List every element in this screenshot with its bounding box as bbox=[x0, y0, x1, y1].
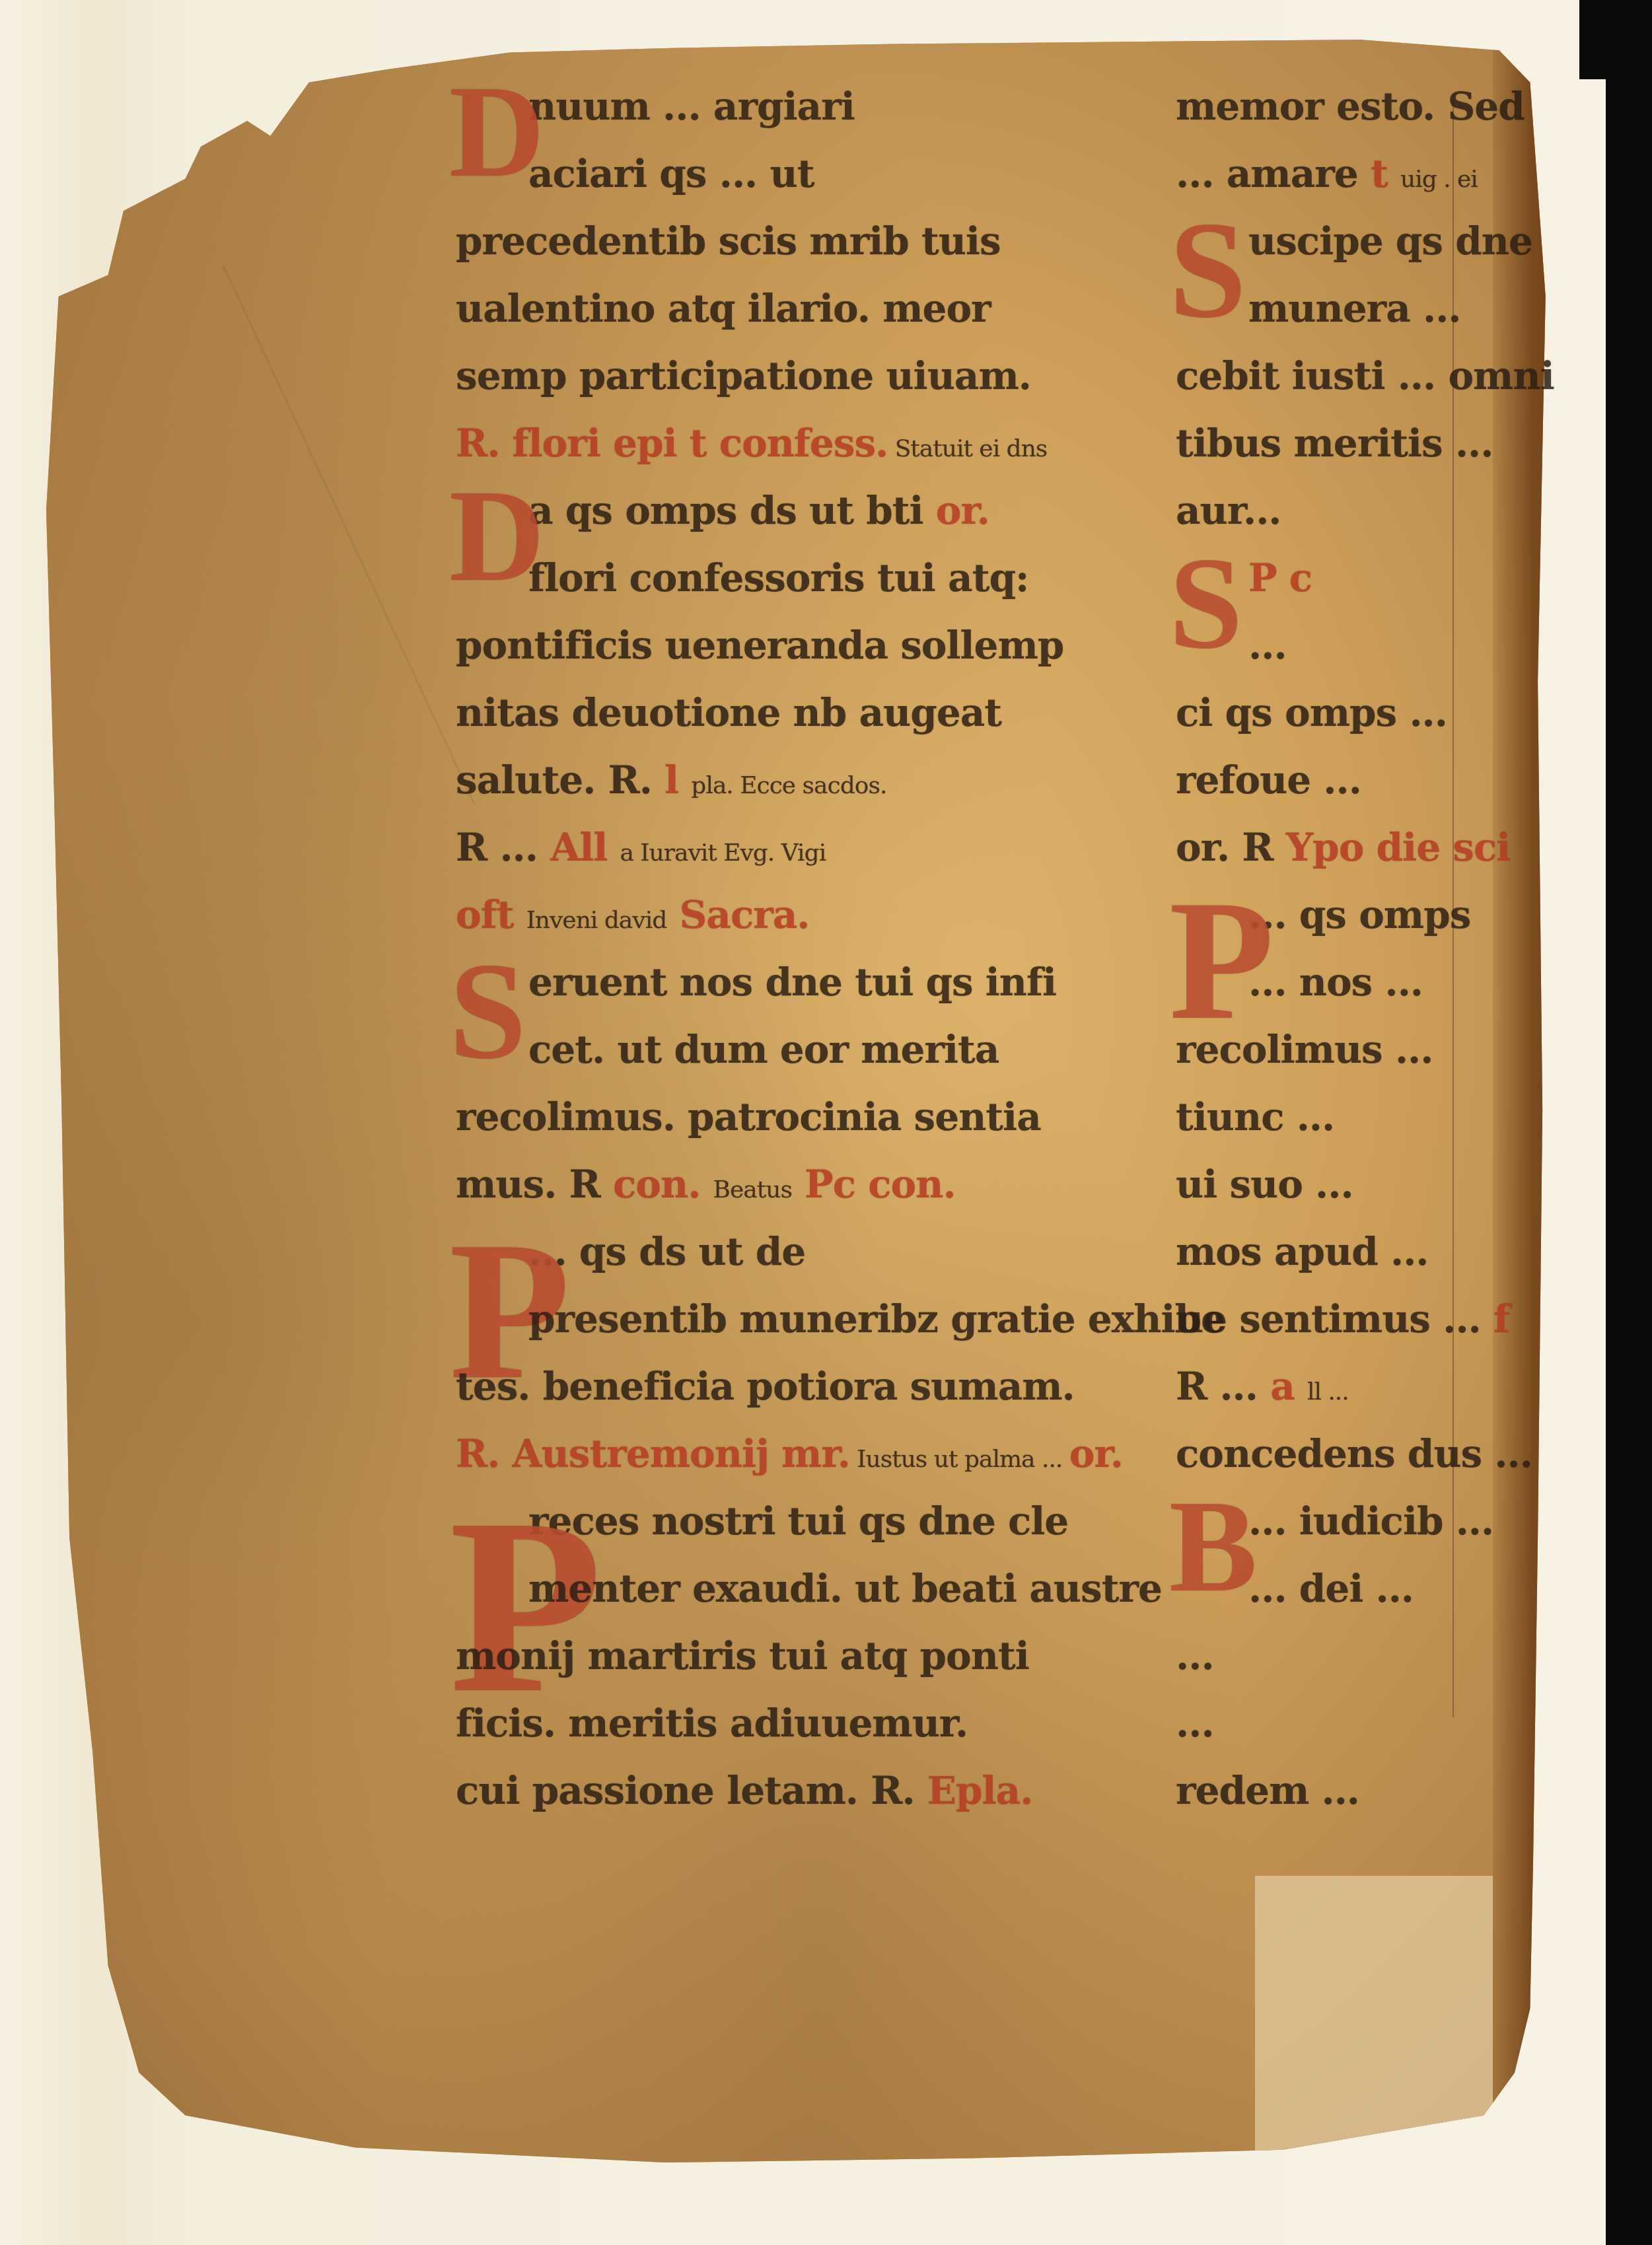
text-line: tibus meritis ... bbox=[1176, 410, 1546, 477]
line-text: ui suo ... bbox=[1176, 1162, 1353, 1207]
line-text: R ... bbox=[456, 825, 550, 870]
incipit-text: uig . ei bbox=[1400, 166, 1478, 193]
line-text: cebit iusti ... omni bbox=[1176, 353, 1554, 398]
text-line: ... bbox=[1176, 1622, 1546, 1690]
rubric-mark: l bbox=[664, 758, 691, 802]
text-line: aciari qs ... ut bbox=[456, 140, 1063, 207]
text-line: memor esto. Sed bbox=[1176, 73, 1546, 140]
line-text: precedentib scis mrib tuis bbox=[456, 219, 1001, 264]
incipit-text: pla. Ecce sacdos. bbox=[691, 772, 886, 799]
text-line: menter exaudi. ut beati austre bbox=[456, 1555, 1063, 1622]
rubric-mark: All bbox=[550, 825, 620, 870]
dark-backdrop-corner bbox=[1579, 0, 1652, 79]
text-line: monij martiris tui atq ponti bbox=[456, 1622, 1063, 1690]
text-line: ui suo ... bbox=[1176, 1151, 1546, 1218]
rubric-mark: Epla. bbox=[927, 1768, 1033, 1813]
rubric-mark: P c bbox=[1248, 555, 1312, 600]
line-text: nuum ... argiari bbox=[528, 84, 855, 129]
text-line: recolimus ... bbox=[1176, 1016, 1546, 1083]
text-line: ci qs omps ... bbox=[1176, 679, 1546, 746]
line-text: ... iudicib ... bbox=[1248, 1499, 1493, 1544]
text-line: ... bbox=[1176, 612, 1546, 679]
line-text: aur... bbox=[1176, 488, 1281, 533]
text-line: mos apud ... bbox=[1176, 1218, 1546, 1285]
text-line: R ... a ll ... bbox=[1176, 1353, 1546, 1420]
rubric-mark: a bbox=[1270, 1364, 1307, 1409]
text-line: reces nostri tui qs dne cleP bbox=[456, 1487, 1063, 1555]
rubric-mark: f bbox=[1481, 1297, 1509, 1341]
line-text: recolimus ... bbox=[1176, 1027, 1433, 1072]
line-text: memor esto. Sed bbox=[1176, 84, 1525, 129]
text-line: ualentino atq ilario. meor bbox=[456, 275, 1063, 342]
line-text: or. R bbox=[1176, 825, 1286, 870]
line-text: concedens dus ... bbox=[1176, 1431, 1532, 1476]
line-text: tibus meritis ... bbox=[1176, 421, 1493, 466]
line-text: aciari qs ... ut bbox=[528, 151, 814, 196]
text-line: presentib muneribz gratie exhibe bbox=[456, 1285, 1063, 1353]
text-line: ue sentimus ... f bbox=[1176, 1285, 1546, 1353]
line-text: R ... bbox=[1176, 1364, 1270, 1409]
line-text: mus. R bbox=[456, 1162, 613, 1207]
text-line: recolimus. patrocinia sentia bbox=[456, 1083, 1063, 1151]
line-text: mos apud ... bbox=[1176, 1229, 1429, 1274]
text-line: salute. R. l pla. Ecce sacdos. bbox=[456, 746, 1063, 814]
line-text: munera ... bbox=[1248, 286, 1461, 331]
text-line: semp participatione uiuam. bbox=[456, 342, 1063, 410]
incipit-text: ll ... bbox=[1307, 1378, 1349, 1406]
rubric-mark: Sacra. bbox=[666, 892, 809, 937]
line-text: redem ... bbox=[1176, 1768, 1359, 1813]
text-line: precedentib scis mrib tuis bbox=[456, 207, 1063, 275]
text-line: nitas deuotione nb augeat bbox=[456, 679, 1063, 746]
line-text: ... bbox=[1248, 623, 1287, 668]
rubric-mark: or. bbox=[923, 488, 989, 533]
text-line: flori confessoris tui atq: bbox=[456, 544, 1063, 612]
text-line: ... qs ds ut deP bbox=[456, 1218, 1063, 1285]
text-line: cebit iusti ... omni bbox=[1176, 342, 1546, 410]
text-line: cet. ut dum eor merita bbox=[456, 1016, 1063, 1083]
rubric-mark: con. bbox=[613, 1162, 713, 1207]
incipit-text: a Iuravit Evg. Vigi bbox=[620, 839, 826, 867]
rubric-mark: oft bbox=[456, 892, 526, 937]
text-line: nuum ... argiariD bbox=[456, 73, 1063, 140]
line-text: tiunc ... bbox=[1176, 1094, 1334, 1139]
rubric-mark: Ypo die sci bbox=[1286, 825, 1511, 870]
right-text-column: memor esto. Sed... amare t uig . eiuscip… bbox=[1176, 73, 1546, 1824]
incipit-text: Inveni david bbox=[526, 907, 667, 934]
line-text: menter exaudi. ut beati austre bbox=[528, 1566, 1162, 1611]
line-text: presentib muneribz gratie exhibe bbox=[528, 1297, 1225, 1341]
text-line: P cS bbox=[1176, 544, 1546, 612]
line-text: eruent nos dne tui qs infi bbox=[528, 960, 1056, 1005]
text-line: redem ... bbox=[1176, 1757, 1546, 1824]
text-line: pontificis ueneranda sollemp bbox=[456, 612, 1063, 679]
line-text: ... dei ... bbox=[1248, 1566, 1414, 1611]
incipit-text: Statuit ei dns bbox=[888, 435, 1047, 462]
incipit-text: Beatus bbox=[713, 1176, 792, 1203]
rubric-mark: t bbox=[1358, 151, 1400, 196]
text-line: cui passione letam. R. Epla. bbox=[456, 1757, 1063, 1824]
text-line: ... nos ... bbox=[1176, 948, 1546, 1016]
line-text: ficis. meritis adiuuemur. bbox=[456, 1701, 968, 1746]
rubric-line: R. flori epi t confess. Statuit ei dns bbox=[456, 410, 1063, 477]
text-line: eruent nos dne tui qs infiS bbox=[456, 948, 1063, 1016]
line-text: nitas deuotione nb augeat bbox=[456, 690, 1001, 735]
line-text: ... bbox=[1176, 1633, 1214, 1678]
line-text: ... amare bbox=[1176, 151, 1358, 196]
text-line: oft Inveni david Sacra. bbox=[456, 881, 1063, 948]
text-line: tiunc ... bbox=[1176, 1083, 1546, 1151]
repair-patch bbox=[1255, 1876, 1493, 2153]
line-text: cet. ut dum eor merita bbox=[528, 1027, 999, 1072]
rubric-mark: Pc con. bbox=[792, 1162, 956, 1207]
line-text: monij martiris tui atq ponti bbox=[456, 1633, 1029, 1678]
line-text: a qs omps ds ut bti bbox=[528, 488, 923, 533]
text-line: tes. beneficia potiora sumam. bbox=[456, 1353, 1063, 1420]
dark-backdrop bbox=[1606, 0, 1652, 2245]
line-text: refoue ... bbox=[1176, 758, 1361, 802]
line-text: ... qs omps bbox=[1248, 892, 1470, 937]
line-text: ... bbox=[1176, 1701, 1214, 1746]
line-text: ... nos ... bbox=[1248, 960, 1423, 1005]
text-line: uscipe qs dneS bbox=[1176, 207, 1546, 275]
line-text: ... qs ds ut de bbox=[528, 1229, 805, 1274]
line-text: uscipe qs dne bbox=[1248, 219, 1532, 264]
text-line: ... dei ... bbox=[1176, 1555, 1546, 1622]
line-text: recolimus. patrocinia sentia bbox=[456, 1094, 1041, 1139]
left-text-column: nuum ... argiariDaciari qs ... utprecede… bbox=[456, 73, 1063, 1824]
line-text: ci qs omps ... bbox=[1176, 690, 1447, 735]
line-text: reces nostri tui qs dne cle bbox=[528, 1499, 1068, 1544]
line-text: pontificis ueneranda sollemp bbox=[456, 623, 1063, 668]
rubric-mark: or. bbox=[1069, 1431, 1123, 1476]
line-text: flori confessoris tui atq: bbox=[528, 555, 1028, 600]
text-line: munera ... bbox=[1176, 275, 1546, 342]
text-line: ficis. meritis adiuuemur. bbox=[456, 1690, 1063, 1757]
line-text: semp participatione uiuam. bbox=[456, 353, 1031, 398]
text-line: refoue ... bbox=[1176, 746, 1546, 814]
text-line: ... iudicib ...B bbox=[1176, 1487, 1546, 1555]
line-text: tes. beneficia potiora sumam. bbox=[456, 1364, 1075, 1409]
text-line: ... qs ompsP bbox=[1176, 881, 1546, 948]
line-text: ualentino atq ilario. meor bbox=[456, 286, 991, 331]
text-line: R ... All a Iuravit Evg. Vigi bbox=[456, 814, 1063, 881]
text-line: ... bbox=[1176, 1690, 1546, 1757]
line-text: ue sentimus ... bbox=[1176, 1297, 1481, 1341]
line-text: salute. R. bbox=[456, 758, 664, 802]
text-line: a qs omps ds ut bti or.D bbox=[456, 477, 1063, 544]
line-text: R. flori epi t confess. bbox=[456, 421, 888, 466]
incipit-text: Iustus ut palma ... bbox=[850, 1446, 1069, 1473]
line-text: cui passione letam. R. bbox=[456, 1768, 927, 1813]
